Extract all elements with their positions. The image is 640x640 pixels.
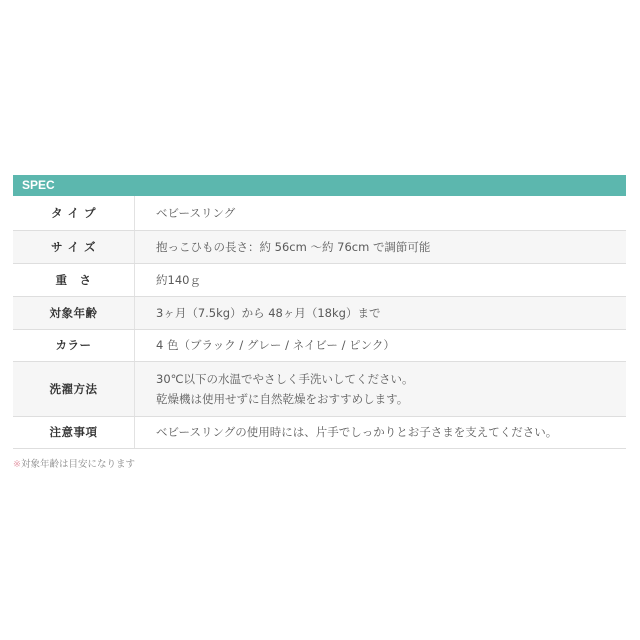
row-value: ベビースリングの使用時には、片手でしっかりとお子さまを支えてください。 (135, 416, 627, 448)
table-row-target-age: 対象年齢 3ヶ月（7.5kg）から 48ヶ月（18kg）まで (13, 296, 626, 329)
table-row-caution: 注意事項 ベビースリングの使用時には、片手でしっかりとお子さまを支えてください。 (13, 416, 626, 448)
row-value: 3ヶ月（7.5kg）から 48ヶ月（18kg）まで (135, 296, 627, 329)
value-line: ベビースリングの使用時には、片手でしっかりとお子さまを支えてください。 (156, 422, 626, 442)
row-value: 約140ｇ (135, 263, 627, 296)
row-label: 対象年齢 (13, 296, 135, 329)
table-row-weight: 重 さ 約140ｇ (13, 263, 626, 296)
row-value: ベビースリング (135, 196, 627, 230)
row-label: 洗濯方法 (13, 361, 135, 416)
value-line: 4 色（ブラック / グレー / ネイビー / ピンク） (156, 335, 626, 355)
footnote-text: 対象年齢は目安になります (21, 459, 135, 470)
row-value: 抱っこひもの長さ：約 56cm ～約 76cm で調節可能 (135, 230, 627, 263)
spec-table: タ イ プ ベビースリング サ イ ズ 抱っこひもの長さ：約 56cm ～約 7… (13, 196, 626, 449)
row-label: カラー (13, 329, 135, 361)
value-line: 乾燥機は使用せずに自然乾燥をおすすめします。 (156, 389, 626, 409)
row-label: 注意事項 (13, 416, 135, 448)
value-line: 約140ｇ (156, 270, 626, 290)
row-value: 4 色（ブラック / グレー / ネイビー / ピンク） (135, 329, 627, 361)
table-row-color: カラー 4 色（ブラック / グレー / ネイビー / ピンク） (13, 329, 626, 361)
reference-mark-icon: ※ (13, 459, 21, 470)
table-row-size: サ イ ズ 抱っこひもの長さ：約 56cm ～約 76cm で調節可能 (13, 230, 626, 263)
value-line: ベビースリング (156, 203, 626, 223)
table-row-type: タ イ プ ベビースリング (13, 196, 626, 230)
value-line: 30℃以下の水温でやさしく手洗いしてください。 (156, 369, 626, 389)
row-label: サ イ ズ (13, 230, 135, 263)
spec-header: SPEC (13, 175, 626, 196)
footnote: ※対象年齢は目安になります (13, 456, 135, 470)
value-line: 3ヶ月（7.5kg）から 48ヶ月（18kg）まで (156, 303, 626, 323)
row-value: 30℃以下の水温でやさしく手洗いしてください。 乾燥機は使用せずに自然乾燥をおす… (135, 361, 627, 416)
row-label: 重 さ (13, 263, 135, 296)
spec-table-section: SPEC タ イ プ ベビースリング サ イ ズ 抱っこひもの長さ：約 56cm… (13, 175, 626, 449)
value-line: 抱っこひもの長さ：約 56cm ～約 76cm で調節可能 (156, 237, 626, 257)
row-label: タ イ プ (13, 196, 135, 230)
table-row-washing: 洗濯方法 30℃以下の水温でやさしく手洗いしてください。 乾燥機は使用せずに自然… (13, 361, 626, 416)
